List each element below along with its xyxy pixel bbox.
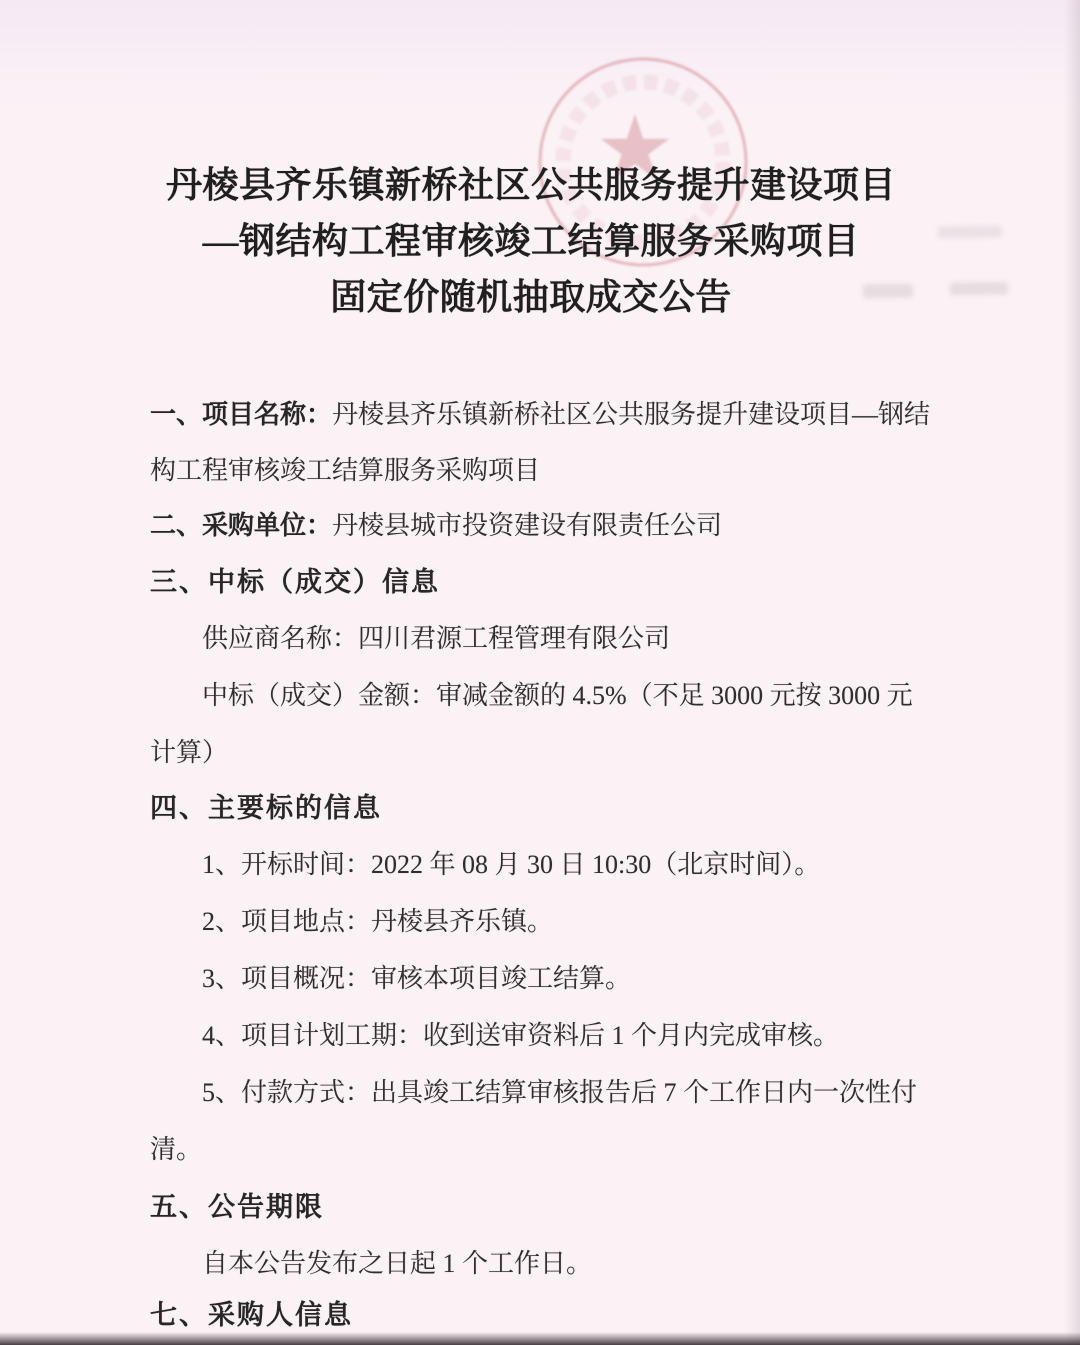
section-1-text: 丹棱县齐乐镇新桥社区公共服务提升建设项目—钢结	[332, 400, 930, 429]
item-4-project-schedule: 4、项目计划工期：收到送审资料后 1 个月内完成审核。	[202, 1020, 839, 1051]
announcement-period-line: 自本公告发布之日起 1 个工作日。	[202, 1248, 592, 1279]
item-5-text: 5、付款方式：出具竣工结算审核报告后 7 个工作日内一次性付	[202, 1078, 917, 1107]
item-2-text: 2、项目地点：丹棱县齐乐镇。	[202, 907, 553, 936]
item-3-project-overview: 3、项目概况：审核本项目竣工结算。	[202, 963, 631, 994]
award-amount-line-1: 中标（成交）金额：审减金额的 4.5%（不足 3000 元按 3000 元	[202, 680, 913, 711]
section-5-heading-text: 五、公告期限	[150, 1192, 324, 1222]
section-4-heading-text: 四、主要标的信息	[150, 793, 382, 823]
section-3-heading-text: 三、中标（成交）信息	[150, 567, 440, 597]
item-5-payment-method-line-1: 5、付款方式：出具竣工结算审核报告后 7 个工作日内一次性付	[202, 1077, 917, 1108]
scanned-document-page: 丹棱县齐乐镇新桥社区公共服务提升建设项目 —钢结构工程审核竣工结算服务采购项目 …	[0, 0, 1080, 1345]
scan-edge-shadow-right	[1064, 0, 1080, 1345]
section-7-heading-text: 七、采购人信息	[150, 1300, 353, 1330]
section-2-purchaser-line: 二、采购单位：丹棱县城市投资建设有限责任公司	[150, 510, 722, 541]
award-amount-text: 中标（成交）金额：审减金额的 4.5%（不足 3000 元按 3000 元	[202, 681, 913, 710]
award-amount-line-2: 计算）	[150, 737, 228, 768]
item-3-text: 3、项目概况：审核本项目竣工结算。	[202, 964, 631, 993]
section-7-heading: 七、采购人信息	[150, 1299, 353, 1331]
section-1-text-cont: 构工程审核竣工结算服务采购项目	[150, 456, 540, 485]
supplier-name-text: 供应商名称：四川君源工程管理有限公司	[202, 624, 670, 653]
item-5-text-cont: 清。	[150, 1135, 202, 1164]
section-2-label: 二、采购单位：	[150, 510, 332, 540]
section-3-heading: 三、中标（成交）信息	[150, 566, 440, 598]
award-amount-text-cont: 计算）	[150, 738, 228, 767]
item-1-text: 1、开标时间：2022 年 08 月 30 日 10:30（北京时间）。	[202, 850, 820, 879]
item-4-text: 4、项目计划工期：收到送审资料后 1 个月内完成审核。	[202, 1021, 839, 1050]
announcement-period-text: 自本公告发布之日起 1 个工作日。	[202, 1249, 592, 1278]
section-1-project-name-line-2: 构工程审核竣工结算服务采购项目	[150, 455, 540, 486]
section-4-heading: 四、主要标的信息	[150, 792, 382, 824]
scan-edge-shadow-bottom	[0, 1332, 1080, 1345]
item-1-bid-opening-time: 1、开标时间：2022 年 08 月 30 日 10:30（北京时间）。	[202, 849, 820, 880]
supplier-name-line: 供应商名称：四川君源工程管理有限公司	[202, 623, 670, 654]
section-1-label: 一、项目名称：	[150, 399, 332, 429]
section-5-heading: 五、公告期限	[150, 1191, 324, 1223]
section-2-text: 丹棱县城市投资建设有限责任公司	[332, 511, 722, 540]
doc-title-line-2: —钢结构工程审核竣工结算服务采购项目	[0, 220, 1062, 263]
item-5-payment-method-line-2: 清。	[150, 1134, 202, 1165]
section-1-project-name-line-1: 一、项目名称：丹棱县齐乐镇新桥社区公共服务提升建设项目—钢结	[150, 399, 930, 430]
item-2-project-location: 2、项目地点：丹棱县齐乐镇。	[202, 906, 553, 937]
doc-title-line-3: 固定价随机抽取成交公告	[0, 276, 1062, 319]
doc-title-line-1: 丹棱县齐乐镇新桥社区公共服务提升建设项目	[0, 164, 1062, 207]
